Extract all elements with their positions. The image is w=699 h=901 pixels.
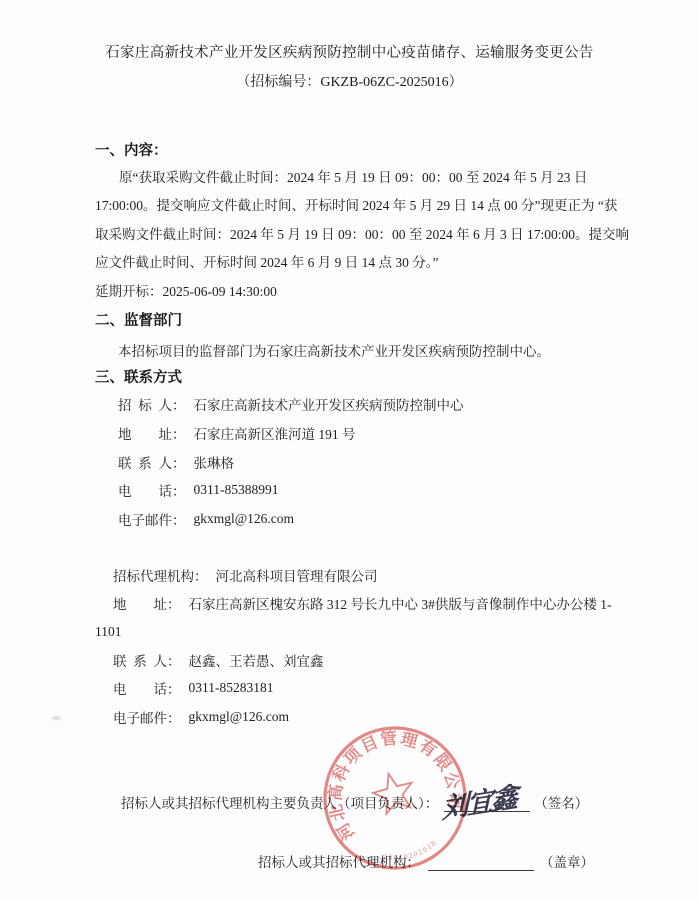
content-line: 应文件截止时间、开标时间 2024 年 6 月 9 日 14 点 30 分。” bbox=[95, 249, 629, 277]
tender-number: （招标编号：GKZB-06ZC-2025016） bbox=[0, 71, 699, 91]
principal-signature-line: 招标人或其招标代理机构主要负责人（项目负责人）：刘宜鑫（签名） bbox=[121, 795, 588, 813]
field-value: 0311-85388991 bbox=[194, 482, 279, 498]
field-label: 电话 bbox=[113, 678, 167, 698]
field-value: gkxmgl@126.com bbox=[194, 511, 295, 527]
agency-row-continuation: 1101 bbox=[113, 618, 612, 646]
field-label: 招标人 bbox=[118, 394, 172, 414]
agency-row: 招标代理机构：河北高科项目管理有限公司 bbox=[113, 561, 612, 589]
field-value: 石家庄高新区淮河道 191 号 bbox=[194, 423, 356, 443]
field-label: 地址 bbox=[118, 423, 172, 443]
field-value: 0311-85283181 bbox=[189, 680, 274, 696]
tenderer-row: 地址：石家庄高新区淮河道 191 号 bbox=[118, 419, 464, 448]
principal-label: 招标人或其招标代理机构主要负责人（项目负责人）： bbox=[121, 795, 438, 813]
agency-contact-block: 招标代理机构：河北高科项目管理有限公司 地址：石家庄高新区槐安东路 312 号长… bbox=[113, 561, 612, 731]
field-value: 石家庄高新技术产业开发区疾病预防控制中心 bbox=[194, 394, 464, 414]
label-colon: ： bbox=[172, 394, 186, 414]
field-value: 河北高科项目管理有限公司 bbox=[216, 565, 378, 585]
handwritten-signature: 刘宜鑫 bbox=[442, 788, 516, 818]
signature-suffix: （签名） bbox=[534, 795, 588, 813]
agency-row: 联系人：赵鑫、王若愚、刘宜鑫 bbox=[113, 646, 612, 674]
agency-row: 电子邮件：gkxmgl@126.com bbox=[113, 702, 612, 730]
tenderer-row: 电子邮件：gkxmgl@126.com bbox=[118, 505, 464, 534]
label-colon: ： bbox=[172, 423, 186, 443]
tenderer-row: 招标人：石家庄高新技术产业开发区疾病预防控制中心 bbox=[118, 390, 464, 419]
agency-row: 电话：0311-85283181 bbox=[113, 674, 612, 702]
seal-blank-field bbox=[428, 854, 534, 871]
content-line: 原“获取采购文件截止时间：2024 年 5 月 19 日 09：00：00 至 … bbox=[95, 164, 629, 192]
label-colon: ： bbox=[167, 678, 181, 698]
label-colon: ： bbox=[172, 480, 186, 500]
document-page: 石家庄高新技术产业开发区疾病预防控制中心疫苗储存、运输服务变更公告 （招标编号：… bbox=[0, 0, 699, 901]
label-colon: ： bbox=[172, 509, 186, 529]
page-title: 石家庄高新技术产业开发区疾病预防控制中心疫苗储存、运输服务变更公告 bbox=[0, 41, 699, 62]
label-colon: ： bbox=[172, 452, 186, 472]
label-colon: ： bbox=[167, 593, 181, 613]
stamp-company-name: 河北高科项目管理有限公司 bbox=[310, 712, 470, 846]
field-value: 石家庄高新区槐安东路 312 号长九中心 3#供版与音像制作中心办公楼 1- bbox=[189, 593, 612, 613]
section-heading-content: 一、内容： bbox=[95, 139, 168, 160]
agency-row: 地址：石家庄高新区槐安东路 312 号长九中心 3#供版与音像制作中心办公楼 1… bbox=[113, 589, 612, 617]
supervision-body: 本招标项目的监督部门为石家庄高新技术产业开发区疾病预防控制中心。 bbox=[118, 340, 550, 360]
seal-suffix: （盖章） bbox=[540, 854, 594, 872]
org-label: 招标人或其招标代理机构： bbox=[258, 854, 420, 872]
signature-field: 刘宜鑫 bbox=[444, 795, 530, 812]
content-line: 17:00:00。提交响应文件截止时间、开标时间 2024 年 5 月 29 日… bbox=[95, 192, 629, 220]
field-label: 电子邮件 bbox=[118, 509, 172, 529]
postponed-opening-line: 延期开标：2025-06-09 14:30:00 bbox=[95, 278, 629, 306]
label-colon: ： bbox=[167, 650, 181, 670]
tenderer-row: 电话：0311-85388991 bbox=[118, 476, 464, 505]
label-colon: ： bbox=[194, 565, 208, 585]
field-value: 张琳格 bbox=[194, 452, 235, 472]
tenderer-contact-block: 招标人：石家庄高新技术产业开发区疾病预防控制中心 地址：石家庄高新区淮河道 19… bbox=[118, 390, 464, 533]
org-seal-line: 招标人或其招标代理机构：（盖章） bbox=[258, 854, 594, 872]
field-label: 电话 bbox=[118, 480, 172, 500]
field-label: 联系人 bbox=[113, 650, 167, 670]
field-label: 电子邮件 bbox=[113, 707, 167, 727]
scan-artifact bbox=[52, 716, 61, 720]
tenderer-row: 联系人：张琳格 bbox=[118, 447, 464, 476]
field-value: gkxmgl@126.com bbox=[189, 709, 290, 725]
content-paragraph: 原“获取采购文件截止时间：2024 年 5 月 19 日 09：00：00 至 … bbox=[95, 164, 629, 306]
field-value-continuation: 1101 bbox=[95, 624, 122, 640]
section-heading-contact: 三、联系方式 bbox=[95, 366, 182, 387]
label-colon: ： bbox=[167, 707, 181, 727]
field-label: 地址 bbox=[113, 593, 167, 613]
field-label: 招标代理机构 bbox=[113, 565, 194, 585]
content-line: 取采购文件截止时间：2024 年 5 月 19 日 09：00：00 至 202… bbox=[95, 221, 629, 249]
field-label: 联系人 bbox=[118, 452, 172, 472]
section-heading-supervision: 二、监督部门 bbox=[95, 309, 182, 330]
field-value: 赵鑫、王若愚、刘宜鑫 bbox=[189, 650, 324, 670]
